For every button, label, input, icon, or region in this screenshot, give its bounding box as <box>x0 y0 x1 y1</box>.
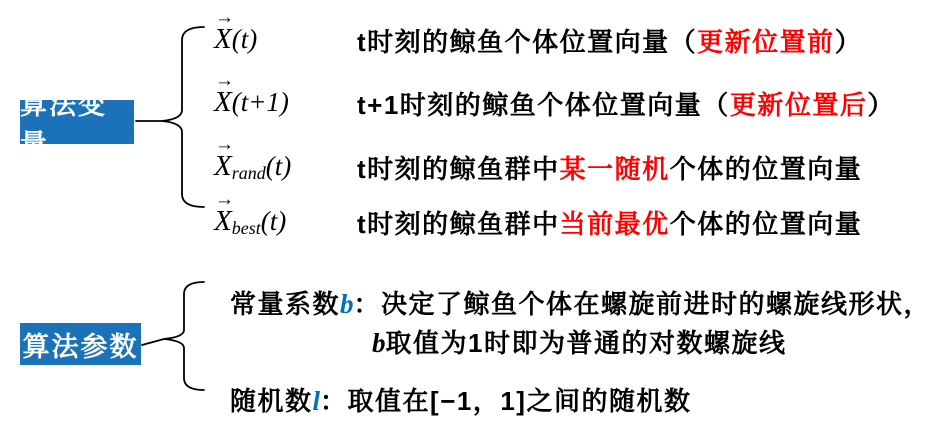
description-text: t+1时刻的鲸鱼个体位置向量（ <box>357 90 730 120</box>
formula-x-best: →Xbest(t) <box>214 205 357 239</box>
formula-argument: (t) <box>261 206 286 236</box>
formula-subscript: rand <box>232 163 266 183</box>
connector-parameters <box>142 339 164 345</box>
formula-x-t: →X(t) <box>214 23 357 57</box>
parameter-l-line: 随机数l：取值在[−1，1]之间的随机数 <box>230 381 691 418</box>
variable-row-x-t1: →X(t+1) t+1时刻的鲸鱼个体位置向量（更新位置后） <box>214 78 895 128</box>
description-text: ） <box>835 27 863 57</box>
formula-subscript: best <box>232 218 261 238</box>
variable-description: t+1时刻的鲸鱼个体位置向量（更新位置后） <box>357 85 895 122</box>
variable-row-x-t: →X(t) t时刻的鲸鱼个体位置向量（更新位置前） <box>214 15 862 65</box>
brace-parameters <box>164 282 204 390</box>
parameter-text: ：取值在[−1，1]之间的随机数 <box>320 386 691 416</box>
description-highlight: 更新位置前 <box>697 27 835 57</box>
parameter-text: 常量系数 <box>230 289 340 319</box>
parameter-b-line1: 常量系数b：决定了鲸鱼个体在螺旋前进时的螺旋线形状， <box>230 284 931 321</box>
variable-description: t时刻的鲸鱼个体位置向量（更新位置前） <box>357 22 862 59</box>
label-algorithm-variables: 算法变量 <box>20 100 134 144</box>
vector-arrow-icon: → <box>215 71 234 90</box>
description-text: 个体的位置向量 <box>670 209 863 239</box>
description-highlight: 当前最优 <box>560 209 670 239</box>
parameter-text: 随机数 <box>230 386 313 416</box>
parameter-symbol-l: l <box>313 386 321 416</box>
parameter-b-line2: b取值为1时即为普通的对数螺旋线 <box>372 323 786 360</box>
formula-x-t1: →X(t+1) <box>214 86 357 120</box>
formula-argument: (t) <box>232 24 257 54</box>
description-text: t时刻的鲸鱼群中 <box>357 209 560 239</box>
woa-algorithm-diagram: 算法变量 算法参数 →X(t) t时刻的鲸鱼个体位置向量（更新位置前） →X(t… <box>0 0 951 422</box>
variable-description: t时刻的鲸鱼群中当前最优个体的位置向量 <box>357 204 862 241</box>
label-algorithm-parameters: 算法参数 <box>20 323 141 365</box>
description-text: 个体的位置向量 <box>670 154 863 184</box>
parameter-symbol-b: b <box>372 328 386 358</box>
vector-arrow-icon: → <box>215 190 234 209</box>
vector-arrow-icon: → <box>215 135 234 154</box>
variable-row-x-rand: →Xrand(t) t时刻的鲸鱼群中某一随机个体的位置向量 <box>214 142 862 192</box>
variable-row-x-best: →Xbest(t) t时刻的鲸鱼群中当前最优个体的位置向量 <box>214 197 862 247</box>
formula-argument: (t) <box>266 151 291 181</box>
variable-description: t时刻的鲸鱼群中某一随机个体的位置向量 <box>357 149 862 186</box>
parameter-text: 取值为1时即为普通的对数螺旋线 <box>386 328 787 358</box>
description-text: ） <box>867 90 895 120</box>
description-text: t时刻的鲸鱼个体位置向量（ <box>357 27 697 57</box>
formula-x-rand: →Xrand(t) <box>214 150 357 184</box>
parameter-symbol-b: b <box>340 289 354 319</box>
description-text: t时刻的鲸鱼群中 <box>357 154 560 184</box>
description-highlight: 更新位置后 <box>730 90 868 120</box>
parameter-text: ：决定了鲸鱼个体在螺旋前进时的螺旋线形状， <box>354 289 932 319</box>
brace-variables <box>162 27 204 207</box>
vector-arrow-icon: → <box>215 8 234 27</box>
description-highlight: 某一随机 <box>560 154 670 184</box>
formula-argument: (t+1) <box>232 87 289 117</box>
